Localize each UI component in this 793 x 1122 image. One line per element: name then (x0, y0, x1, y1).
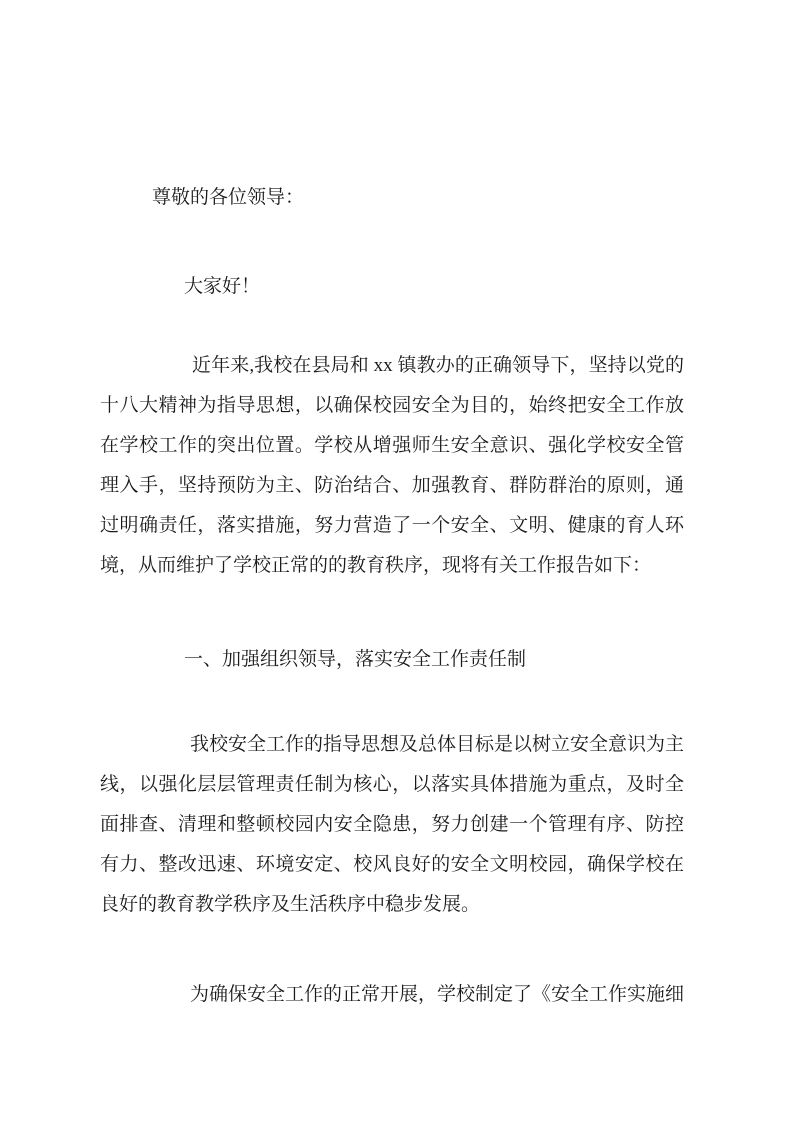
document-page: 尊敬的各位领导： 大家好！ 近年来,我校在县局和 xx 镇教办的正确领导下，坚持… (0, 0, 793, 1122)
section-1-paragraph-2: 为确保安全工作的正常开展，学校制定了《安全工作实施细 (100, 975, 684, 1015)
section-1-paragraph-1: 我校安全工作的指导思想及总体目标是以树立安全意识为主线，以强化层层管理责任制为核… (100, 725, 684, 925)
section-heading-1: 一、加强组织领导，落实安全工作责任制 (100, 640, 684, 680)
greeting-line: 大家好！ (100, 267, 684, 307)
intro-paragraph: 近年来,我校在县局和 xx 镇教办的正确领导下，坚持以党的十八大精神为指导思想，… (100, 346, 684, 586)
salutation-line: 尊敬的各位领导： (100, 178, 684, 218)
